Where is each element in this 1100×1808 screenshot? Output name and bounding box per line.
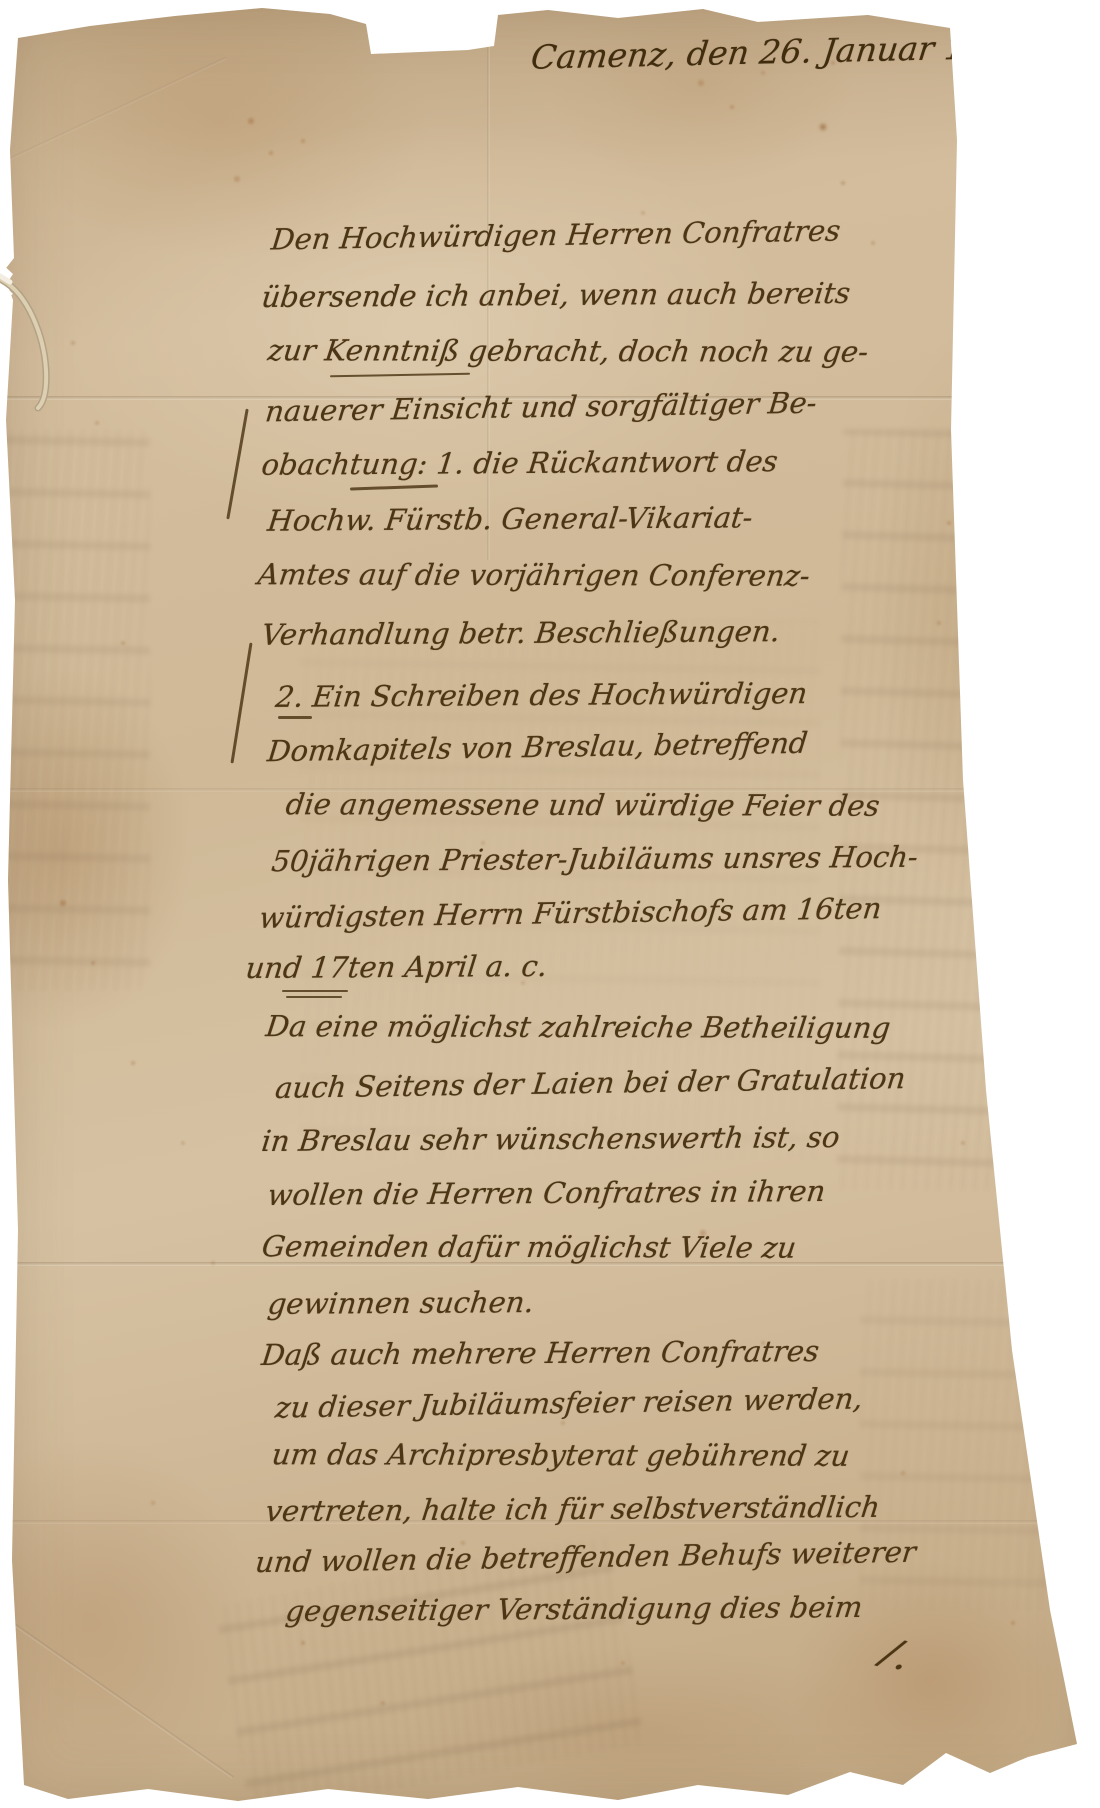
ink-underline: [282, 990, 348, 992]
handwritten-line: Hochw. Fürstb. General-Vikariat-: [266, 500, 755, 537]
margin-slash: [230, 643, 252, 764]
handwritten-line: 2. Ein Schreiben des Hochwürdigen: [274, 676, 809, 714]
margin-slash: [226, 409, 248, 520]
ink-underline: [286, 996, 342, 998]
handwritten-line: obachtung: 1. die Rückantwort des: [260, 444, 780, 482]
handwritten-line: Daß auch mehrere Herren Confratres: [260, 1334, 821, 1372]
handwritten-line: und wollen die betreffenden Behufs weite…: [254, 1535, 918, 1579]
ink-underline: [330, 373, 470, 377]
handwritten-line: gewinnen suchen.: [266, 1285, 536, 1321]
letter-page: Camenz, den 26. Januar 1875. Den Hochwür…: [0, 0, 1100, 1808]
handwritten-line: auch Seitens der Laien bei der Gratulati…: [274, 1061, 908, 1105]
scan-background: Camenz, den 26. Januar 1875. Den Hochwür…: [0, 0, 1100, 1808]
verso-showthrough: [0, 430, 150, 990]
handwritten-line: Gemeinden dafür möglichst Viele zu: [260, 1229, 798, 1264]
handwritten-line: zur Kenntniß gebracht, doch noch zu ge-: [266, 333, 870, 369]
handwritten-line: zu dieser Jubiläumsfeier reisen werden,: [274, 1381, 865, 1424]
fox-spots: [0, 0, 2, 2]
handwritten-line: vertreten, halte ich für selbstverständl…: [264, 1490, 882, 1528]
ink-underline: [350, 484, 438, 490]
handwritten-line: die angemessene und würdige Feier des: [284, 787, 882, 823]
dateline: Camenz, den 26. Januar 1875.: [529, 26, 1042, 76]
handwritten-line: übersende ich anbei, wenn auch bereits: [260, 276, 852, 314]
binding-thread: [0, 250, 70, 430]
corner-crease: [0, 1604, 234, 1779]
handwritten-line: würdigsten Herrn Fürstbischofs am 16ten: [258, 891, 884, 935]
handwritten-line: Da eine möglichst zahlreiche Betheiligun…: [264, 1009, 892, 1045]
handwritten-line: Amtes auf die vorjährigen Conferenz-: [256, 557, 812, 592]
catchword-mark: /.: [874, 1630, 919, 1680]
handwritten-line: 50jährigen Priester-Jubiläums unsres Hoc…: [270, 840, 920, 879]
handwritten-line: Den Hochwürdigen Herren Confratres: [270, 214, 842, 257]
handwritten-line: Domkapitels von Breslau, betreffend: [266, 726, 810, 768]
ink-underline: [278, 716, 312, 719]
handwritten-line: und 17ten April a. c.: [244, 949, 549, 985]
handwritten-line: um das Archipresbyterat gebührend zu: [270, 1437, 852, 1473]
handwritten-line: Verhandlung betr. Beschließungen.: [260, 614, 782, 652]
handwritten-line: in Breslau sehr wünschenswerth ist, so: [260, 1120, 842, 1158]
corner-crease: [0, 57, 227, 187]
handwritten-line: nauerer Einsicht und sorgfältiger Be-: [264, 386, 819, 429]
handwritten-line: wollen die Herren Confratres in ihren: [266, 1174, 828, 1212]
handwritten-line: gegenseitiger Verständigung dies beim: [284, 1590, 865, 1628]
